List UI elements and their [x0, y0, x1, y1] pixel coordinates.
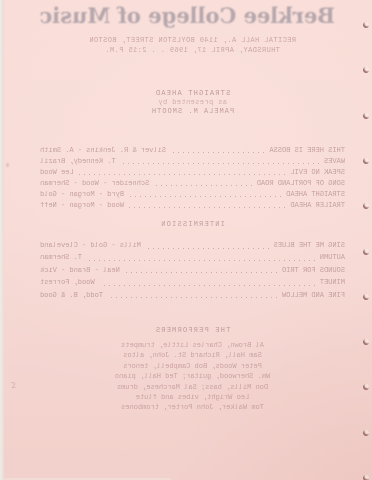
dotted-leader	[146, 248, 269, 249]
recital-subtitle: as presented by	[40, 99, 345, 107]
piece-title: FINE AND MELLOW	[282, 292, 345, 300]
program-row: STRAIGHT AHEAD Byrd - Morgan - Gold	[40, 191, 345, 202]
piece-title: THIS HERE IS BOSSA	[269, 147, 345, 155]
dotted-leader	[129, 196, 281, 197]
bleedthrough-content: Berklee College of Music RECITAL HALL A.…	[4, 0, 372, 480]
performers-heading: THE PERFORMERS	[40, 327, 345, 335]
performer-line: Peter Woods, Bob Campbell, tenors	[40, 362, 345, 372]
piece-credit: Byrd - Morgan - Gold	[40, 191, 124, 199]
paper-speck	[6, 163, 9, 167]
performer-line: Leo Wright, vibes and flute	[40, 393, 345, 403]
piece-credit: T. Kennedy, Brazil	[40, 158, 116, 166]
program-page: Berklee College of Music RECITAL HALL A.…	[4, 0, 372, 480]
program-row: THIS HERE IS BOSSA Silver & R. Jenkins -…	[40, 147, 345, 158]
program-list-first-half: THIS HERE IS BOSSA Silver & R. Jenkins -…	[40, 147, 345, 213]
intermission-heading: INTERMISSION	[40, 221, 345, 229]
program-row: SONG OF PORTLAND ROAD Schneider - Wood -…	[40, 180, 345, 191]
piece-title: TRAILER AHEAD	[290, 202, 345, 210]
piece-credit: Todd, B. & Good	[40, 292, 103, 300]
scan-edge-left	[0, 0, 4, 480]
performer-line: Tom Walker, John Porter, trombones	[40, 403, 345, 413]
program-row: FINE AND MELLOW Todd, B. & Good	[40, 292, 345, 304]
program-row: TRAILER AHEAD Wood - Morgan - Neff	[40, 202, 345, 213]
piece-credit: Wood, Forrest	[40, 279, 95, 287]
performer-line: Don Mills, bass; Sal Marchese, drums	[40, 383, 345, 393]
dotted-leader	[79, 174, 286, 175]
dotted-leader	[121, 163, 319, 164]
recital-title: STRAIGHT AHEAD	[40, 90, 345, 98]
punch-hole	[363, 475, 370, 480]
piece-title: WAVES	[324, 158, 345, 166]
piece-title: AUTUMN	[320, 254, 345, 262]
piece-credit: T. Sherman	[40, 254, 82, 262]
program-row: WAVES T. Kennedy, Brazil	[40, 158, 345, 169]
performer-line: Al Brown, Charles Little, trumpets	[40, 341, 345, 351]
program-row: SOUNDS FOR TRIO Neal - Brand - Vick	[40, 267, 345, 279]
dotted-leader	[87, 260, 315, 261]
performer-line: Sam Hall, Richard St. John, altos	[40, 351, 345, 361]
recital-presenter: PAMELA M. SMOOTH	[40, 108, 345, 116]
dotted-leader	[129, 207, 285, 208]
piece-title: SPEAK NO EVIL	[290, 169, 345, 177]
dotted-leader	[108, 297, 277, 298]
piece-title: STRAIGHT AHEAD	[286, 191, 345, 199]
piece-credit: Lee Wood	[40, 169, 74, 177]
program-list-second-half: SING ME THE BLUES Mills - Gold - Clevela…	[40, 242, 345, 304]
piece-title: MINUET	[320, 279, 345, 287]
performers-list: Al Brown, Charles Little, trumpets Sam H…	[40, 341, 345, 414]
dotted-leader	[100, 285, 315, 286]
performer-line: Wm. Sherwood, guitar; Ted Hall, piano	[40, 372, 345, 382]
venue-line: RECITAL HALL A., 1140 BOYLSTON STREET, B…	[40, 37, 345, 45]
piece-credit: Wood - Morgan - Neff	[40, 202, 124, 210]
piece-credit: Neal - Brand - Vick	[40, 267, 120, 275]
program-row: SING ME THE BLUES Mills - Gold - Clevela…	[40, 242, 345, 254]
program-row: MINUET Wood, Forrest	[40, 279, 345, 291]
college-logo-text: Berklee College of Music	[53, 3, 335, 28]
program-row: SPEAK NO EVIL Lee Wood	[40, 169, 345, 180]
piece-title: SOUNDS FOR TRIO	[282, 267, 345, 275]
date-line: THURSDAY, APRIL 17, 1969 . . 2:15 P.M.	[40, 47, 345, 55]
piece-title: SING ME THE BLUES	[274, 242, 345, 250]
dotted-leader	[125, 272, 277, 273]
dotted-leader	[154, 185, 252, 186]
piece-title: SONG OF PORTLAND ROAD	[257, 180, 345, 188]
program-row: AUTUMN T. Sherman	[40, 254, 345, 266]
piece-credit: Mills - Gold - Cleveland	[40, 242, 141, 250]
piece-credit: Silver & R. Jenkins - A. Smith	[40, 147, 166, 155]
dotted-leader	[171, 152, 264, 153]
piece-credit: Schneider - Wood - Sherman	[40, 180, 149, 188]
